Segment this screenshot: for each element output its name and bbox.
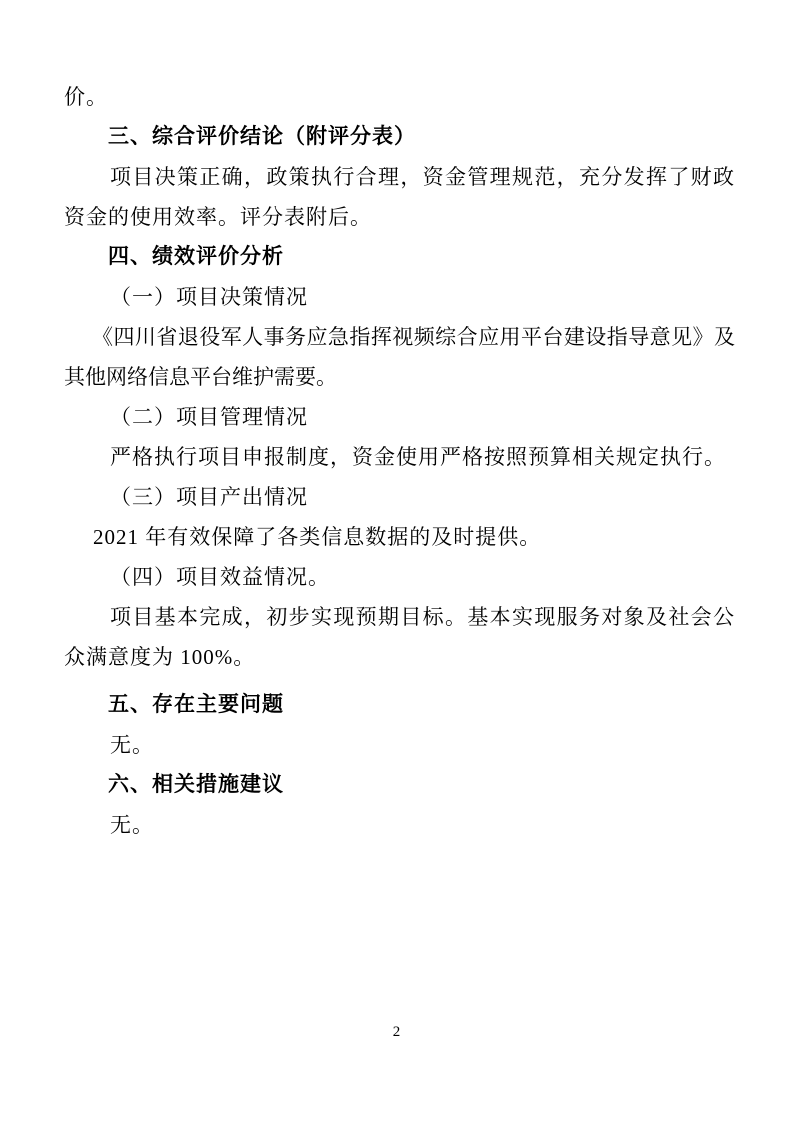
subsection-heading-4-project-benefit: （四）项目效益情况。	[64, 557, 735, 597]
paragraph-conclusion-body: 项目决策正确，政策执行合理，资金管理规范，充分发挥了财政资金的使用效率。评分表附…	[64, 157, 735, 237]
subsection-heading-1-project-decision: （一）项目决策情况	[64, 277, 735, 317]
paragraph-project-benefit-body: 项目基本完成，初步实现预期目标。基本实现服务对象及社会公众满意度为 100%。	[64, 597, 735, 677]
document-page: 价。 三、综合评价结论（附评分表） 项目决策正确，政策执行合理，资金管理规范，充…	[0, 0, 793, 1122]
paragraph-suggestions-body: 无。	[64, 805, 735, 845]
section-heading-4-performance-analysis: 四、绩效评价分析	[64, 237, 735, 277]
paragraph-project-output-body: 2021 年有效保障了各类信息数据的及时提供。	[64, 517, 735, 557]
paragraph-project-management-body: 严格执行项目申报制度，资金使用严格按照预算相关规定执行。	[64, 437, 735, 477]
paragraph-main-problems-body: 无。	[64, 725, 735, 765]
page-number: 2	[0, 1022, 793, 1042]
subsection-heading-3-project-output: （三）项目产出情况	[64, 477, 735, 517]
paragraph-continuation: 价。	[64, 77, 735, 117]
section-heading-3-overall-conclusion: 三、综合评价结论（附评分表）	[64, 117, 735, 157]
section-heading-6-suggestions: 六、相关措施建议	[64, 765, 735, 805]
subsection-heading-2-project-management: （二）项目管理情况	[64, 397, 735, 437]
section-heading-5-main-problems: 五、存在主要问题	[64, 685, 735, 725]
paragraph-project-decision-body: 《四川省退役军人事务应急指挥视频综合应用平台建设指导意见》及其他网络信息平台维护…	[64, 317, 735, 397]
document-body: 价。 三、综合评价结论（附评分表） 项目决策正确，政策执行合理，资金管理规范，充…	[64, 77, 735, 845]
